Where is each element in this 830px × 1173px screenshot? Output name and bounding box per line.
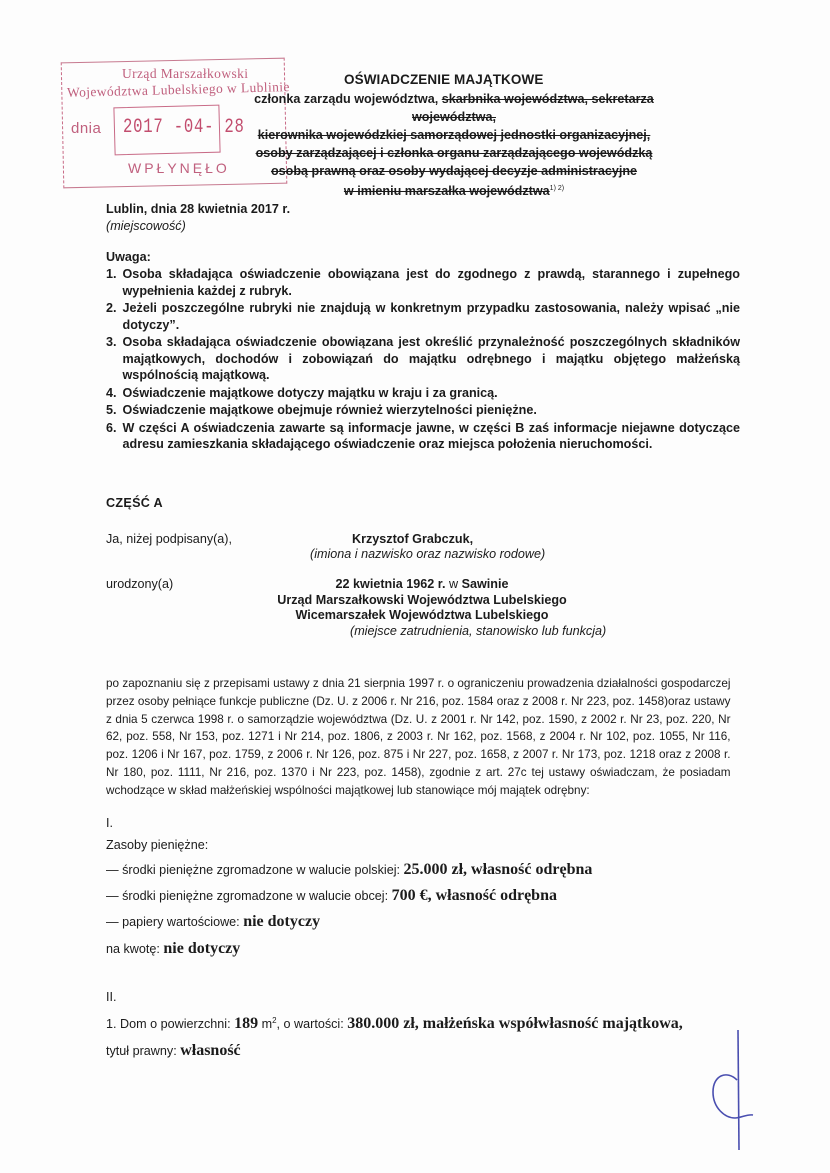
cash-resource-label: — papiery wartościowe: [106,915,240,929]
house-value: 380.000 zł, małżeńska współwłasność mają… [347,1015,679,1032]
stamp-dnia-label: dnia [71,120,101,137]
subtitle-active-role: członka zarządu województwa, [254,92,438,106]
stamp-status: WPŁYNĘŁO [128,160,230,176]
house-value-label: , o wartości: [277,1017,344,1031]
note-number: 1. [106,266,117,299]
notes-heading: Uwaga: [106,250,151,264]
footnote-refs: 1) 2) [550,185,564,192]
cash-resource-label: — środki pieniężne zgromadzone w walucie… [106,863,400,877]
cash-resource-item: na kwotę: nie dotyczy [106,939,592,965]
note-item: 2.Jeżeli poszczególne rubryki nie znajdu… [106,300,740,333]
note-text: Oświadczenie majątkowe dotyczy majątku w… [123,385,740,402]
house-area-unit: m [262,1017,273,1031]
note-text: Osoba składająca oświadczenie obowiązana… [123,266,740,299]
born-label: urodzony(a) [106,577,173,591]
note-number: 5. [106,402,117,419]
cash-resource-value: 700 €, własność odrębna [392,887,557,904]
note-text: Oświadczenie majątkowe obejmuje również … [123,402,740,419]
note-number: 6. [106,420,117,453]
subtitle-struck-role: osoby zarządzającej i członka organu zar… [256,146,653,160]
cash-resource-value: nie dotyczy [163,940,240,957]
note-text: Jeżeli poszczególne rubryki nie znajdują… [123,300,740,333]
subtitle-struck-role: osobą prawną oraz osoby wydającej decyzj… [271,164,637,178]
note-number: 3. [106,334,117,384]
part-a-heading: CZĘŚĆ A [106,496,163,510]
position: Wicemarszałek Województwa Lubelskiego [295,608,548,622]
cash-resource-value: nie dotyczy [243,913,320,930]
signer-name: Krzysztof Grabczuk, [352,532,473,546]
note-number: 4. [106,385,117,402]
note-item: 6.W części A oświadczenia zawarte są inf… [106,420,740,453]
cash-resource-value: 25.000 zł, własność odrębna [404,861,593,878]
cash-resources-list: — środki pieniężne zgromadzone w walucie… [106,860,592,965]
place-and-date: Lublin, dnia 28 kwietnia 2017 r. [106,202,290,216]
cash-resource-label: na kwotę: [106,942,160,956]
birth-date: 22 kwietnia 1962 r. [336,577,446,591]
legal-title-label: tytuł prawny: [106,1044,177,1058]
note-item: 4.Oświadczenie majątkowe dotyczy majątku… [106,385,740,402]
house-area-label: 1. Dom o powierzchni: [106,1017,231,1031]
house-value-trail: , [679,1015,683,1032]
notes-list: 1.Osoba składająca oświadczenie obowiąza… [106,266,740,454]
cash-resource-item: — środki pieniężne zgromadzone w walucie… [106,860,592,886]
cash-resource-item: — papiery wartościowe: nie dotyczy [106,912,592,938]
employment-caption: (miejsce zatrudnienia, stanowisko lub fu… [350,624,606,638]
note-item: 3.Osoba składająca oświadczenie obowiąza… [106,334,740,384]
cash-resource-label: — środki pieniężne zgromadzone w walucie… [106,889,388,903]
cash-resources-label: Zasoby pieniężne: [106,838,208,852]
house-entry: 1. Dom o powierzchni: 189 m2, o wartości… [106,1015,683,1033]
stamp-date: 2017 -04- 28 [123,116,245,139]
legal-title-value: własność [180,1042,240,1059]
subtitle-struck-role: kierownika wojewódzkiej samorządowej jed… [258,128,651,142]
note-number: 2. [106,300,117,333]
subtitle-struck-role: skarbnika województwa, sekretarza wojewó… [412,92,654,124]
section-1-heading: I. [106,816,113,830]
note-item: 5.Oświadczenie majątkowe obejmuje równie… [106,402,740,419]
legal-title-entry: tytuł prawny: własność [106,1042,241,1060]
house-area: 189 [234,1015,258,1032]
employer: Urząd Marszałkowski Województwa Lubelski… [277,593,567,607]
document-page: Urząd Marszałkowski Województwa Lubelski… [0,0,830,1173]
document-subtitle: członka zarządu województwa, skarbnika w… [230,90,678,200]
signer-name-caption: (imiona i nazwisko oraz nazwisko rodowe) [310,547,545,561]
note-item: 1.Osoba składająca oświadczenie obowiąza… [106,266,740,299]
legal-statement: po zapoznaniu się z przepisami ustawy z … [106,675,730,800]
section-2-heading: II. [106,990,117,1004]
birth-in: w [449,577,458,591]
note-text: Osoba składająca oświadczenie obowiązana… [123,334,740,384]
signer-label: Ja, niżej podpisany(a), [106,532,232,546]
subtitle-struck-role: w imieniu marszałka województwa [344,184,550,198]
stamp-office-line1: Urząd Marszałkowski [122,66,248,82]
place-label: (miejscowość) [106,219,186,233]
note-text: W części A oświadczenia zawarte są infor… [123,420,740,453]
document-title: OŚWIADCZENIE MAJĄTKOWE [344,72,543,87]
birth-and-employment: 22 kwietnia 1962 r. w Sawinie Urząd Mars… [230,577,614,624]
birth-place: Sawinie [462,577,509,591]
cash-resource-item: — środki pieniężne zgromadzone w walucie… [106,886,592,912]
handwritten-signature-icon [705,1030,775,1150]
